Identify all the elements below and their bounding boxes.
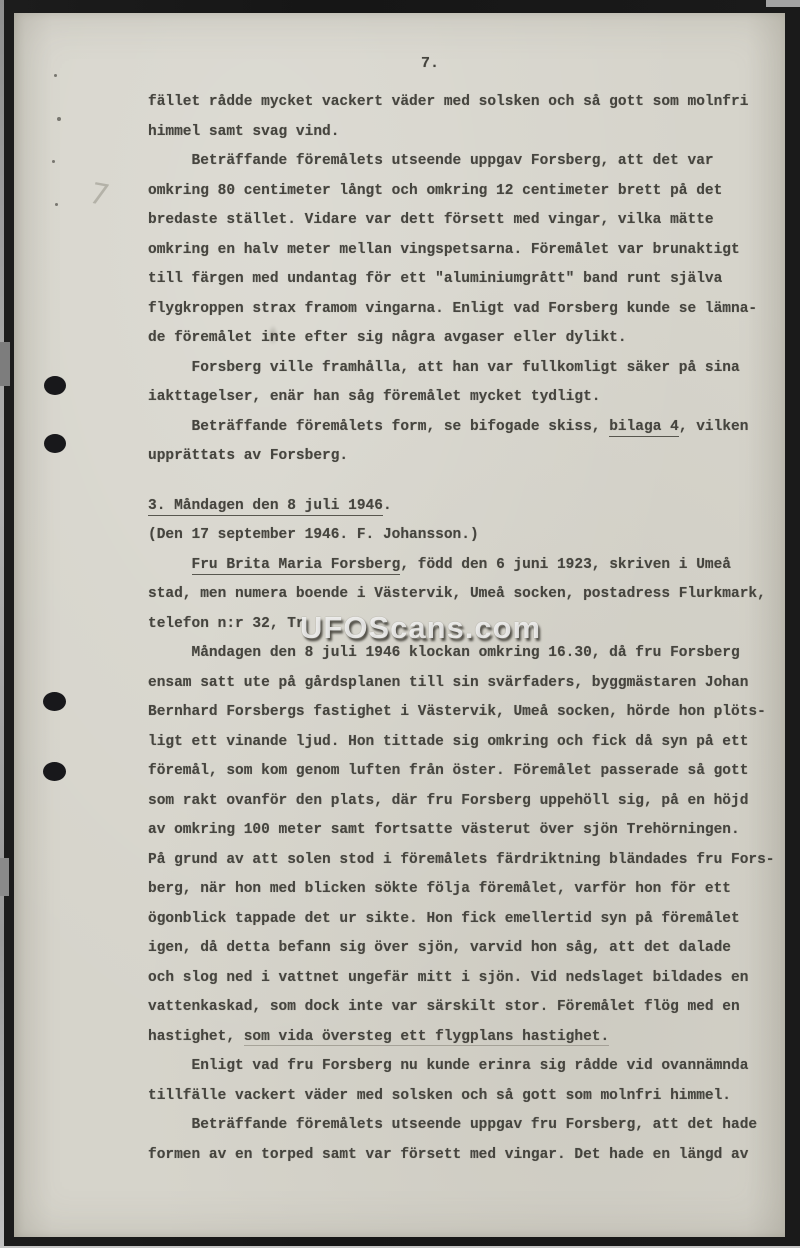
typed-line: Beträffande föremålets utseende uppgav f… (148, 1111, 788, 1141)
typed-text-segment: ligt ett vinande ljud. Hon tittade sig o… (148, 734, 748, 750)
paper-sheet: 7. 7 fället rådde mycket vackert väder m… (14, 13, 785, 1237)
scan-edge-left (0, 0, 4, 1248)
typed-text-segment: himmel samt svag vind. (148, 124, 339, 140)
hole-punch-dot (43, 762, 66, 781)
hole-punch-dot (44, 376, 66, 395)
typed-line: bredaste stället. Vidare var dett förset… (148, 206, 788, 236)
paper-speck (52, 160, 55, 163)
page-number: 7. (421, 55, 439, 72)
typed-text-segment: igen, då detta befann sig över sjön, var… (148, 940, 731, 956)
typed-line: igen, då detta befann sig över sjön, var… (148, 934, 788, 964)
scan-edge-highlight (0, 858, 9, 896)
typed-text-segment: upprättats av Forsberg. (148, 448, 348, 464)
scan-edge-top-right (766, 0, 800, 7)
typed-text-segment: till färgen med undantag för ett "alumin… (148, 271, 722, 287)
typed-line: omkring 80 centimeter långt och omkring … (148, 177, 788, 207)
typed-text-segment: På grund av att solen stod i föremålets … (148, 852, 775, 868)
typed-line: Beträffande föremålets utseende uppgav F… (148, 147, 788, 177)
typed-text-segment: och slog ned i vattnet ungefär mitt i sj… (148, 970, 748, 986)
typed-text-segment (148, 557, 192, 573)
typed-line: de föremålet inte efter sig några avgase… (148, 324, 788, 354)
typed-text-segment: Enligt vad fru Forsberg nu kunde erinra … (148, 1058, 748, 1074)
typed-line: hastighet, som vida översteg ett flygpla… (148, 1023, 788, 1053)
watermark: UFOScans.com (300, 610, 541, 646)
typed-text-segment: formen av en torped samt var försett med… (148, 1147, 748, 1163)
typed-line: På grund av att solen stod i föremålets … (148, 846, 788, 876)
typed-text-segment: , född den 6 juni 1923, skriven i Umeå (400, 557, 731, 573)
typed-line: till färgen med undantag för ett "alumin… (148, 265, 788, 295)
typed-text-segment: Måndagen den 8 juli 1946 klockan omkring… (148, 645, 740, 661)
scan-edge-highlight (0, 342, 10, 386)
typed-line: stad, men numera boende i Västervik, Ume… (148, 580, 788, 610)
typed-line: fället rådde mycket vackert väder med so… (148, 88, 788, 118)
typed-line: och slog ned i vattnet ungefär mitt i sj… (148, 964, 788, 994)
typed-text-segment: Beträffande föremålets utseende uppgav F… (148, 153, 714, 169)
typed-line: föremål, som kom genom luften från öster… (148, 757, 788, 787)
typed-text-segment: (Den 17 september 1946. F. Johansson.) (148, 527, 479, 543)
typed-line: Beträffande föremålets form, se bifogade… (148, 413, 788, 443)
typed-line: ligt ett vinande ljud. Hon tittade sig o… (148, 728, 788, 758)
typed-line: tillfälle vackert väder med solsken och … (148, 1082, 788, 1112)
typed-text-segment: tillfälle vackert väder med solsken och … (148, 1088, 731, 1104)
typed-line: Enligt vad fru Forsberg nu kunde erinra … (148, 1052, 788, 1082)
typed-line: iakttagelser, enär han såg föremålet myc… (148, 383, 788, 413)
paper-speck (57, 117, 61, 121)
typed-line: ögonblick tappade det ur sikte. Hon fick… (148, 905, 788, 935)
typed-text-segment: som vida översteg ett flygplans hastighe… (244, 1029, 609, 1046)
typed-text-segment: av omkring 100 meter samt fortsatte väst… (148, 822, 740, 838)
typed-text-segment: Beträffande föremålets utseende uppgav f… (148, 1117, 757, 1133)
typed-line: Fru Brita Maria Forsberg, född den 6 jun… (148, 551, 788, 581)
typed-text-segment: stad, men numera boende i Västervik, Ume… (148, 586, 766, 602)
typed-text-segment: telefon n:r 32, Tr (148, 616, 305, 632)
paper-speck (54, 74, 57, 77)
typed-text-segment: , vilken (679, 419, 749, 435)
typed-text-segment: 3. Måndagen den 8 juli 1946 (148, 498, 383, 516)
typed-text-segment: Bernhard Forsbergs fastighet i Västervik… (148, 704, 766, 720)
typed-text-segment: vattenkaskad, som dock inte var särskilt… (148, 999, 740, 1015)
typed-line: omkring en halv meter mellan vingspetsar… (148, 236, 788, 266)
typed-line: upprättats av Forsberg. (148, 442, 788, 472)
typed-text-segment: . (383, 498, 392, 514)
typed-text-segment: iakttagelser, enär han såg föremålet myc… (148, 389, 600, 405)
typed-text-segment: omkring 80 centimeter långt och omkring … (148, 183, 722, 199)
pencil-note: 7 (85, 176, 113, 212)
typed-line: himmel samt svag vind. (148, 118, 788, 148)
typed-text-segment: bilaga 4 (609, 419, 679, 437)
typed-line: vattenkaskad, som dock inte var särskilt… (148, 993, 788, 1023)
paper-speck (55, 203, 58, 206)
typed-text-segment: hastighet, (148, 1029, 244, 1045)
typed-line: ensam satt ute på gårdsplanen till sin s… (148, 669, 788, 699)
hole-punch-dot (44, 434, 66, 453)
typed-text-segment: Beträffande föremålets form, se bifogade… (148, 419, 609, 435)
typed-text-segment: Fru Brita Maria Forsberg (192, 557, 401, 575)
typed-text-segment: Forsberg ville framhålla, att han var fu… (148, 360, 740, 376)
typed-text-segment: som rakt ovanför den plats, där fru Fors… (148, 793, 748, 809)
typed-text-segment: fället rådde mycket vackert väder med so… (148, 94, 748, 110)
typed-text-segment: omkring en halv meter mellan vingspetsar… (148, 242, 740, 258)
typed-line: flygkroppen strax framom vingarna. Enlig… (148, 295, 788, 325)
typed-line: berg, när hon med blicken sökte följa fö… (148, 875, 788, 905)
hole-punch-dot (43, 692, 66, 711)
typed-text-segment: flygkroppen strax framom vingarna. Enlig… (148, 301, 757, 317)
typed-line: Forsberg ville framhålla, att han var fu… (148, 354, 788, 384)
typed-line: som rakt ovanför den plats, där fru Fors… (148, 787, 788, 817)
typed-line: av omkring 100 meter samt fortsatte väst… (148, 816, 788, 846)
typed-text-segment: bredaste stället. Vidare var dett förset… (148, 212, 714, 228)
typed-line: formen av en torped samt var försett med… (148, 1141, 788, 1171)
typed-line: Bernhard Forsbergs fastighet i Västervik… (148, 698, 788, 728)
typed-text-segment: ensam satt ute på gårdsplanen till sin s… (148, 675, 748, 691)
typed-text-segment: ögonblick tappade det ur sikte. Hon fick… (148, 911, 740, 927)
typed-text-segment: de föremålet inte efter sig några avgase… (148, 330, 627, 346)
typed-line: 3. Måndagen den 8 juli 1946. (148, 492, 788, 522)
typed-text-segment: berg, när hon med blicken sökte följa fö… (148, 881, 731, 897)
typed-text-segment: föremål, som kom genom luften från öster… (148, 763, 748, 779)
typed-line: (Den 17 september 1946. F. Johansson.) (148, 521, 788, 551)
